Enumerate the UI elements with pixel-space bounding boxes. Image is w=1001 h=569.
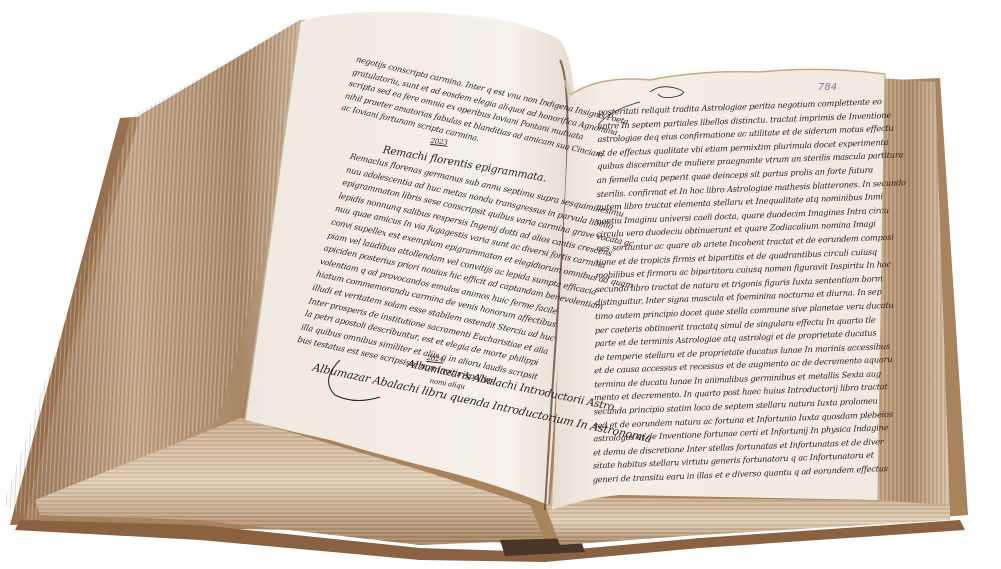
folio-number: 784 <box>818 82 837 93</box>
manuscript-photo: negotijs conscripta carmina. Inter q est… <box>0 0 1001 569</box>
right-page-body-paragraph: posteritati reliquit tradita Astrologiae… <box>593 94 907 487</box>
